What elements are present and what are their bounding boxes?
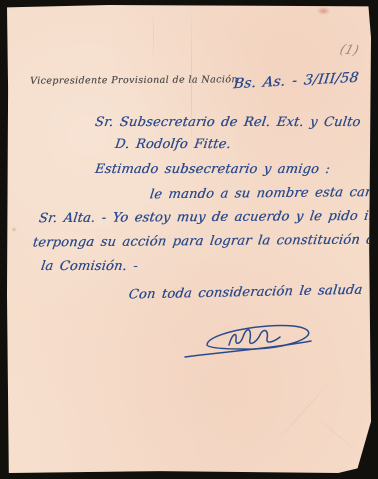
body-line-3: terponga su acción para lograr la consti… (32, 232, 378, 250)
salutation-line: Estimado subsecretario y amigo : (94, 162, 331, 177)
paper-stain (11, 227, 17, 232)
paper-crease (153, 5, 154, 67)
signature-oval (207, 325, 309, 349)
page-number-annotation: (1) (338, 42, 360, 58)
letterhead-text: Vicepresidente Provisional de la Nación (30, 74, 238, 86)
letter-paper: Vicepresidente Provisional de la Nación … (7, 5, 371, 473)
ink-smudge (317, 7, 330, 15)
recipient-name-line: D. Rodolfo Fitte. (114, 137, 232, 152)
body-line-1: le mando a su nombre esta carta del (149, 185, 378, 203)
date-line: Bs. As. - 3/III/58 (233, 70, 360, 92)
paper-crease (270, 377, 334, 448)
paper-crease (310, 412, 364, 458)
signature-scribble (229, 330, 280, 345)
body-line-2: Sr. Alta. - Yo estoy muy de acuerdo y le… (38, 209, 378, 226)
scan-background: Vicepresidente Provisional de la Nación … (0, 0, 378, 479)
signature-flourish-icon (183, 311, 321, 361)
recipient-title-line: Sr. Subsecretario de Rel. Ext. y Culto (94, 115, 361, 130)
closing-line: Con toda consideración le saluda . (128, 282, 374, 302)
body-line-4: la Comisión. - (40, 259, 139, 274)
